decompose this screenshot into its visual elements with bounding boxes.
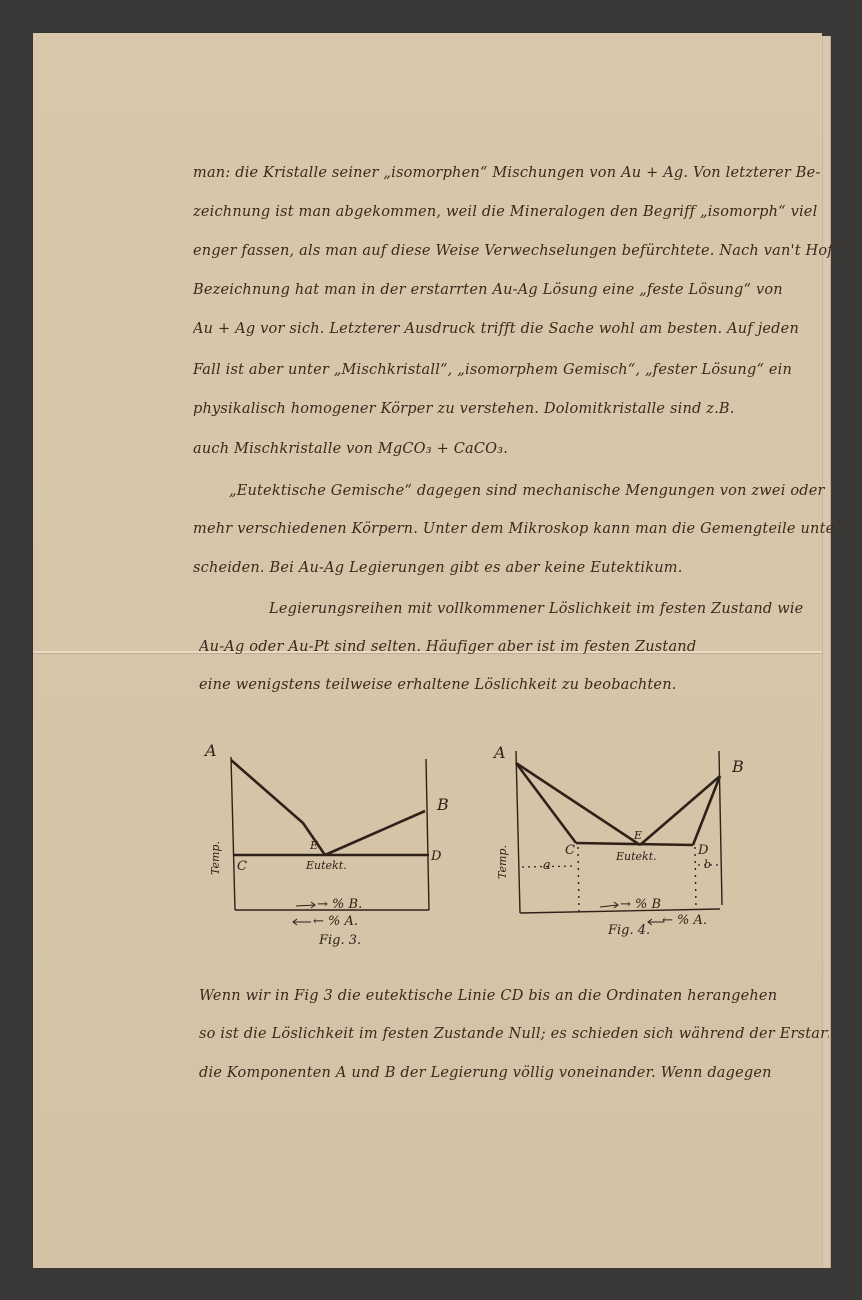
figure-4-phase-diagram: A B C D E Eutekt. Temp. a b → % B ← % A.…	[488, 733, 778, 973]
point-label-e: E	[310, 839, 318, 852]
point-label-e: E	[634, 829, 642, 842]
percent-a-label: ← % A.	[313, 914, 358, 929]
percent-a-label: ← % A.	[662, 913, 707, 928]
text-line: Wenn wir in Fig 3 die eutektische Linie …	[199, 988, 829, 1004]
text-line: auch Mischkristalle von MgCO₃ + CaCO₃.	[193, 441, 833, 457]
text-line: Legierungsreihen mit vollkommener Löslic…	[269, 601, 829, 617]
point-label-a: A	[205, 741, 217, 760]
text-line: man: die Kristalle seiner „isomorphen“ M…	[193, 165, 833, 181]
text-line: zeichnung ist man abgekommen, weil die M…	[193, 204, 833, 220]
text-line: Au-Ag oder Au-Pt sind selten. Häufiger a…	[199, 639, 829, 655]
text-line: scheiden. Bei Au-Ag Legierungen gibt es …	[193, 560, 833, 576]
text-line: enger fassen, als man auf diese Weise Ve…	[193, 243, 833, 259]
point-label-c: C	[565, 843, 575, 858]
point-label-d: D	[698, 843, 708, 858]
text-line: mehr verschiedenen Körpern. Unter dem Mi…	[193, 521, 833, 537]
point-label-b: B	[437, 795, 449, 814]
percent-b-label: → % B	[620, 897, 661, 912]
y-axis-label: Temp.	[496, 845, 509, 879]
figure-caption: Fig. 3.	[319, 933, 361, 948]
range-a-label: a	[543, 858, 551, 873]
range-b-label: b	[704, 858, 711, 871]
eutectic-label: Eutekt.	[616, 850, 657, 863]
text-line: Au + Ag vor sich. Letzterer Ausdruck tri…	[193, 321, 833, 337]
text-line: Bezeichnung hat man in der erstarrten Au…	[193, 282, 833, 298]
figure-caption: Fig. 4.	[608, 923, 650, 938]
text-line: so ist die Löslichkeit im festen Zustand…	[199, 1026, 829, 1042]
point-label-b: B	[732, 757, 744, 776]
text-line: die Komponenten A und B der Legierung vö…	[199, 1065, 829, 1081]
point-label-a: A	[494, 743, 506, 762]
percent-b-label: → % B.	[317, 897, 362, 912]
figure-3-phase-diagram: A B C D E Eutekt. Temp. → % B. ← % A. Fi…	[193, 733, 453, 973]
text-line: eine wenigstens teilweise erhaltene Lösl…	[199, 677, 829, 693]
y-axis-label: Temp.	[209, 841, 222, 875]
eutectic-label: Eutekt.	[306, 859, 347, 872]
point-label-c: C	[237, 859, 247, 874]
point-label-d: D	[431, 849, 441, 864]
manuscript-page: man: die Kristalle seiner „isomorphen“ M…	[33, 33, 822, 1268]
text-line: Fall ist aber unter „Mischkristall“, „is…	[193, 362, 833, 378]
text-line: physikalisch homogener Körper zu versteh…	[193, 401, 833, 417]
text-line: „Eutektische Gemische“ dagegen sind mech…	[229, 483, 829, 499]
